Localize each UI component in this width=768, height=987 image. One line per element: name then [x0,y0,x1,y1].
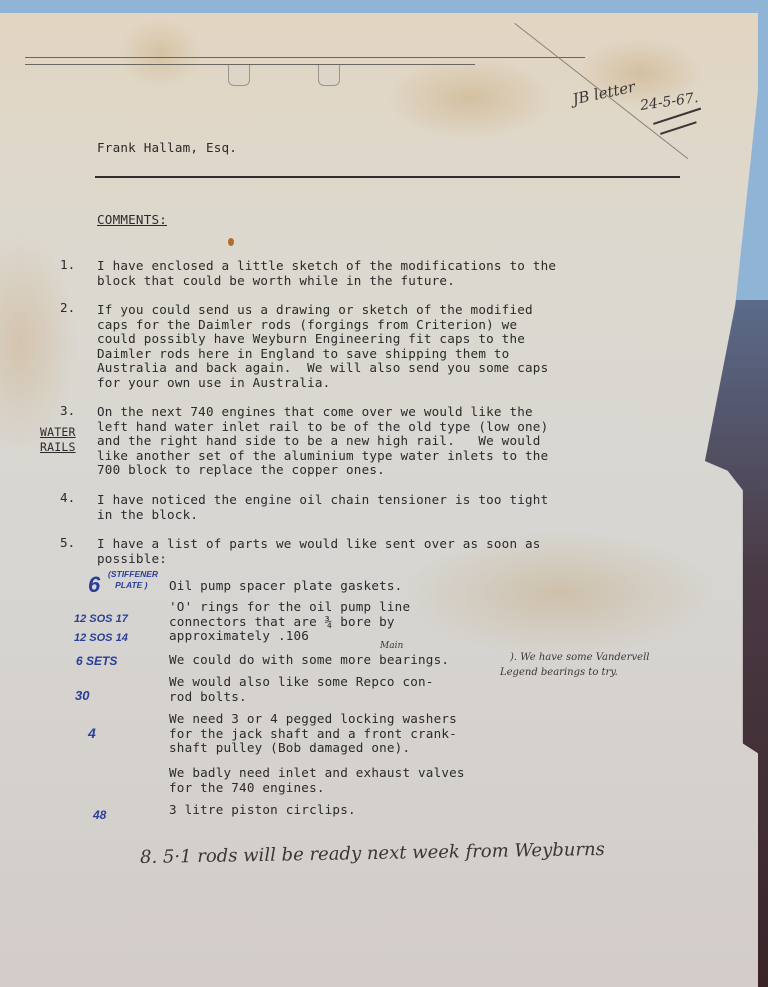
handwritten-insert-main: Main [380,641,403,651]
part-o-rings: 'O' rings for the oil pump line connecto… [169,600,410,644]
qty-6: 6 [88,572,100,598]
comments-heading: COMMENTS: [97,213,167,228]
handwritten-side-note: ). We have some Vandervell [510,652,649,663]
item-3-text: On the next 740 engines that come over w… [97,405,548,478]
margin-note-water: WATER [40,425,76,440]
recipient: Frank Hallam, Esq. [97,141,237,156]
part-bearings: We could do with some more bearings. [169,653,449,668]
margin-note-rails: RAILS [40,440,76,455]
part-circlips: 3 litre piston circlips. [169,803,356,818]
qty-6-sets: 6 SETS [76,654,117,668]
handwritten-side-note: Legend bearings to try. [500,667,618,678]
part-oil-pump-gaskets: Oil pump spacer plate gaskets. [169,579,402,594]
top-rule [25,57,585,58]
part-locking-washers: We need 3 or 4 pegged locking washers fo… [169,712,457,756]
qty-4: 4 [88,725,96,741]
item-number: 5. [60,535,75,550]
binder-tab [318,65,340,86]
item-number: 4. [60,490,75,505]
item-number: 3. [60,403,75,418]
top-rule [405,64,475,65]
item-5-text: I have a list of parts we would like sen… [97,537,541,566]
item-number: 2. [60,300,75,315]
item-1-text: I have enclosed a little sketch of the m… [97,259,556,288]
part-repco-bolts: We would also like some Repco con- rod b… [169,675,434,704]
qty-30: 30 [75,688,89,703]
qty-12-sos-17: 12 SOS 17 [74,613,128,625]
item-number: 1. [60,257,75,272]
rust-spot [228,238,234,246]
qty-12-sos-14: 12 SOS 14 [74,632,128,644]
qty-note-stiffener: (STIFFENER PLATE ) [108,569,158,591]
item-4-text: I have noticed the engine oil chain tens… [97,493,548,522]
qty-48: 48 [93,808,106,822]
part-valves: We badly need inlet and exhaust valves f… [169,766,465,795]
item-2-text: If you could send us a drawing or sketch… [97,303,548,390]
binder-tab [228,65,250,86]
header-divider [95,176,680,178]
